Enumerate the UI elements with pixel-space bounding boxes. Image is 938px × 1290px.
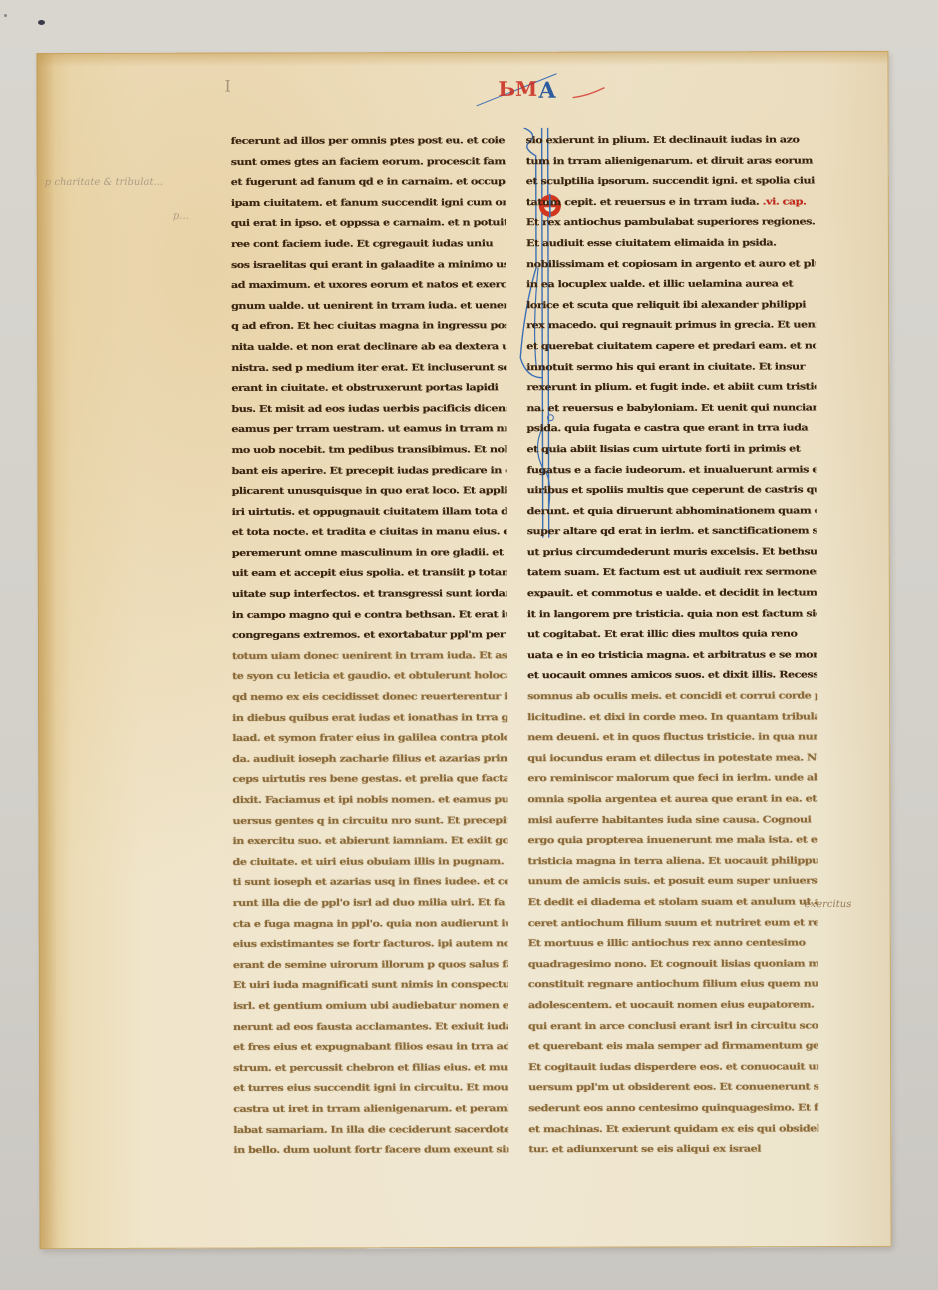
- text-line: Et rex antiochus pambulabat superiores r…: [526, 213, 816, 231]
- pin-hole: [4, 14, 7, 17]
- text-line: Et mortuus e illic antiochus rex anno ce…: [528, 934, 818, 952]
- text-line: gnum ualde. ut uenirent in trram iuda. e…: [231, 296, 506, 314]
- text-line: erant de semine uirorum illorum p quos s…: [233, 955, 508, 973]
- text-line: it in langorem pre tristicia. quia non e…: [527, 605, 817, 623]
- text-line: et querebant eis mala semper ad firmamen…: [528, 1037, 818, 1055]
- text-line: eius existimantes se fortr facturos. ipi…: [233, 935, 508, 953]
- text-line: ceret antiochum filium suum et nutriret …: [528, 913, 818, 931]
- text-line: uersus gentes q in circuitu nro sunt. Et…: [232, 811, 507, 829]
- text-line: expauit. et commotus e ualde. et decidit…: [527, 584, 817, 602]
- text-line: ree cont faciem iude. Et cgregauit iudas…: [231, 235, 506, 253]
- text-line: uata e in eo tristicia magna. et arbitra…: [527, 646, 817, 664]
- text-line: quadragesimo nono. Et cognouit lisias qu…: [528, 955, 818, 973]
- text-line: isrl. et gentium omium ubi audiebatur no…: [233, 997, 508, 1015]
- text-line: uersum ppl'm ut obsiderent eos. Et conue…: [528, 1078, 818, 1096]
- text-column-left: fecerunt ad illos per omnis ptes post eu…: [231, 130, 509, 1160]
- text-line: ad maximum. et uxores eorum et natos et …: [231, 276, 506, 294]
- text-line: et querebat ciuitatem capere et predari …: [526, 337, 816, 355]
- text-line: Et audiuit esse ciuitatem elimaida in ps…: [526, 234, 816, 252]
- text-line: et machinas. Et exierunt quidam ex eis q…: [528, 1119, 818, 1137]
- text-line: derunt. et quia diruerunt abhominationem…: [527, 502, 817, 520]
- text-line: nobilissimam et copiosam in argento et a…: [526, 254, 816, 272]
- chapter-rubric: .vi. cap.: [759, 195, 806, 207]
- text-line: uit eam et accepit eius spolia. et trans…: [232, 564, 507, 582]
- text-line: qui erant in arce conclusi erant isrl in…: [528, 1016, 818, 1034]
- text-line: et fres eius et expugnabant filios esau …: [233, 1038, 508, 1056]
- text-line: iri uirtutis. et oppugnauit ciuitatem il…: [232, 502, 507, 520]
- margin-note-left: p charitate & tribulat...: [45, 177, 163, 188]
- text-line: da. audiuit ioseph zacharie filius et az…: [232, 750, 507, 768]
- text-line: ero reminiscor malorum que feci in ierlm…: [527, 769, 817, 787]
- text-line: et fugerunt ad fanum qd e in carnaim. et…: [231, 173, 506, 191]
- text-line: runt illa die de ppl'o isrl ad duo milia…: [233, 894, 508, 912]
- text-line: rex macedo. qui regnauit primus in greci…: [526, 316, 816, 334]
- text-line: Et dedit ei diadema et stolam suam et an…: [528, 893, 818, 911]
- text-line: ceps uirtutis res bene gestas. et prelia…: [232, 770, 507, 788]
- text-line: in exercitu suo. et abierunt iamniam. Et…: [232, 832, 507, 850]
- text-line: cta e fuga magna in ppl'o. quia non audi…: [233, 914, 508, 932]
- text-line: sederunt eos anno centesimo quinquagesim…: [528, 1099, 818, 1117]
- margin-note-left: p...: [173, 211, 189, 222]
- text-line: qui iocundus eram et dilectus in potesta…: [527, 749, 817, 767]
- text-line: somnus ab oculis meis. et concidi et cor…: [527, 687, 817, 705]
- text-line: in bello. dum uolunt fortr facere dum ex…: [233, 1141, 508, 1159]
- svg-text:ЬМ: ЬМ: [498, 77, 537, 101]
- text-line: in diebus quibus erat iudas et ionathas …: [232, 708, 507, 726]
- text-line: ut prius circumdederunt muris excelsis. …: [527, 543, 817, 561]
- text-line: tur. et adiunxerunt se eis aliqui ex isr…: [528, 1140, 818, 1158]
- text-line: mo uob nocebit. tm pedibus transibimus. …: [231, 441, 506, 459]
- text-line: na. et reuersus e babyloniam. Et uenit q…: [526, 399, 816, 417]
- text-line: labat samariam. In illa die ceciderunt s…: [233, 1120, 508, 1138]
- text-line: uitate sup interfectos. et transgressi s…: [232, 585, 507, 603]
- text-line: fugatus e a facie iudeorum. et inualueru…: [527, 460, 817, 478]
- text-line: qui erat in ipso. et oppssa e carnaim. e…: [231, 214, 506, 232]
- text-line: castra ut iret in trram alienigenarum. e…: [233, 1100, 508, 1118]
- text-line: et quia abiit lisias cum uirtute forti i…: [526, 440, 816, 458]
- text-line: q ad efron. Et hec ciuitas magna in ingr…: [231, 317, 506, 335]
- text-line: sunt omes gtes an faciem eorum. procesci…: [231, 152, 506, 170]
- text-line: plicarent unusquisque in quo erat loco. …: [232, 482, 507, 500]
- text-column-right: sio exierunt in plium. Et declinauit iud…: [526, 129, 819, 1159]
- text-line: et turres eius succendit igni in circuit…: [233, 1079, 508, 1097]
- text-line: ut cogitabat. Et erat illic dies multos …: [527, 625, 817, 643]
- text-line: misi auferre habitantes iuda sine causa.…: [527, 811, 817, 829]
- text-line: eamus per trram uestram. ut eamus in trr…: [231, 420, 506, 438]
- text-line: qd nemo ex eis cecidisset donec reuerter…: [232, 688, 507, 706]
- text-line: tatem suam. Et factum est ut audiuit rex…: [527, 563, 817, 581]
- manuscript-leaf: I ЬМ A p charitate & tribulat... p... ex…: [36, 51, 891, 1249]
- text-line: ti sunt ioseph et azarias usq in fines i…: [233, 873, 508, 891]
- text-line: rexerunt in plium. et fugit inde. et abi…: [526, 378, 816, 396]
- text-line: bus. Et misit ad eos iudas uerbis pacifi…: [231, 399, 506, 417]
- text-line: erant in ciuitate. et obstruxerunt porta…: [231, 379, 506, 397]
- folio-number: I: [224, 77, 230, 96]
- text-line: nerunt ad eos fausta acclamantes. Et exi…: [233, 1017, 508, 1035]
- text-line: ergo quia propterea inuenerunt me mala i…: [527, 831, 817, 849]
- text-line: peremerunt omne masculinum in ore gladii…: [232, 544, 507, 562]
- text-line: unum de amicis suis. et posuit eum super…: [528, 872, 818, 890]
- text-line: totum uiam donec uenirent in trram iuda.…: [232, 647, 507, 665]
- text-line: Et uiri iuda magnificati sunt nimis in c…: [233, 976, 508, 994]
- text-line: nistra. sed p medium iter erat. Et inclu…: [231, 358, 506, 376]
- text-line: omnia spolia argentea et aurea que erant…: [527, 790, 817, 808]
- text-line: uiribus et spoliis multis que ceperunt d…: [527, 481, 817, 499]
- text-line: licitudine. et dixi in corde meo. In qua…: [527, 708, 817, 726]
- running-head: ЬМ A: [476, 70, 616, 110]
- text-line: psida. quia fugata e castra que erant in…: [526, 419, 816, 437]
- text-line: de ciuitate. et uiri eius obuiam illis i…: [233, 853, 508, 871]
- text-line: nita ualde. et non erat declinare ab ea …: [231, 338, 506, 356]
- text-line: tum in trram alienigenarum. et diruit ar…: [526, 152, 816, 170]
- text-line: tristicia magna in terra aliena. Et uoca…: [528, 852, 818, 870]
- text-line: in campo magno qui e contra bethsan. Et …: [232, 605, 507, 623]
- pin-hole: [38, 20, 45, 25]
- text-line: dixit. Faciamus et ipi nobis nomen. et e…: [232, 791, 507, 809]
- text-line: adolescentem. et uocauit nomen eius eupa…: [528, 996, 818, 1014]
- text-line: tatum cepit. et reuersus e in trram iuda…: [526, 193, 816, 211]
- text-line: et sculptilia ipsorum. succendit igni. e…: [526, 172, 816, 190]
- text-line: constituit regnare antiochum filium eius…: [528, 975, 818, 993]
- text-line: bant eis aperire. Et precepit iudas pred…: [232, 461, 507, 479]
- text-line: sos israelitas qui erant in galaadite a …: [231, 255, 506, 273]
- text-line: congregans extremos. et exortabatur ppl'…: [232, 626, 507, 644]
- svg-text:A: A: [538, 78, 557, 104]
- text-line: ipam ciuitatem. et fanum succendit igni …: [231, 194, 506, 212]
- text-line: Et cogitauit iudas disperdere eos. et co…: [528, 1058, 818, 1076]
- text-line: nem deueni. et in quos fluctus tristicie…: [527, 728, 817, 746]
- text-line: in ea locuplex ualde. et illic uelamina …: [526, 275, 816, 293]
- text-line: te syon cu leticia et gaudio. et obtuler…: [232, 667, 507, 685]
- text-line: sio exierunt in plium. Et declinauit iud…: [526, 131, 816, 149]
- text-line: strum. et percussit chebron et filias ei…: [233, 1058, 508, 1076]
- text-line: et uocauit omnes amicos suos. et dixit i…: [527, 666, 817, 684]
- text-line: super altare qd erat in ierlm. et sancti…: [527, 522, 817, 540]
- text-line: innotuit sermo his qui erant in ciuitate…: [526, 357, 816, 375]
- text-line: laad. et symon frater eius in galilea co…: [232, 729, 507, 747]
- text-line: lorice et scuta que reliquit ibi alexand…: [526, 296, 816, 314]
- text-line: fecerunt ad illos per omnis ptes post eu…: [231, 132, 506, 150]
- text-line: et tota nocte. et tradita e ciuitas in m…: [232, 523, 507, 541]
